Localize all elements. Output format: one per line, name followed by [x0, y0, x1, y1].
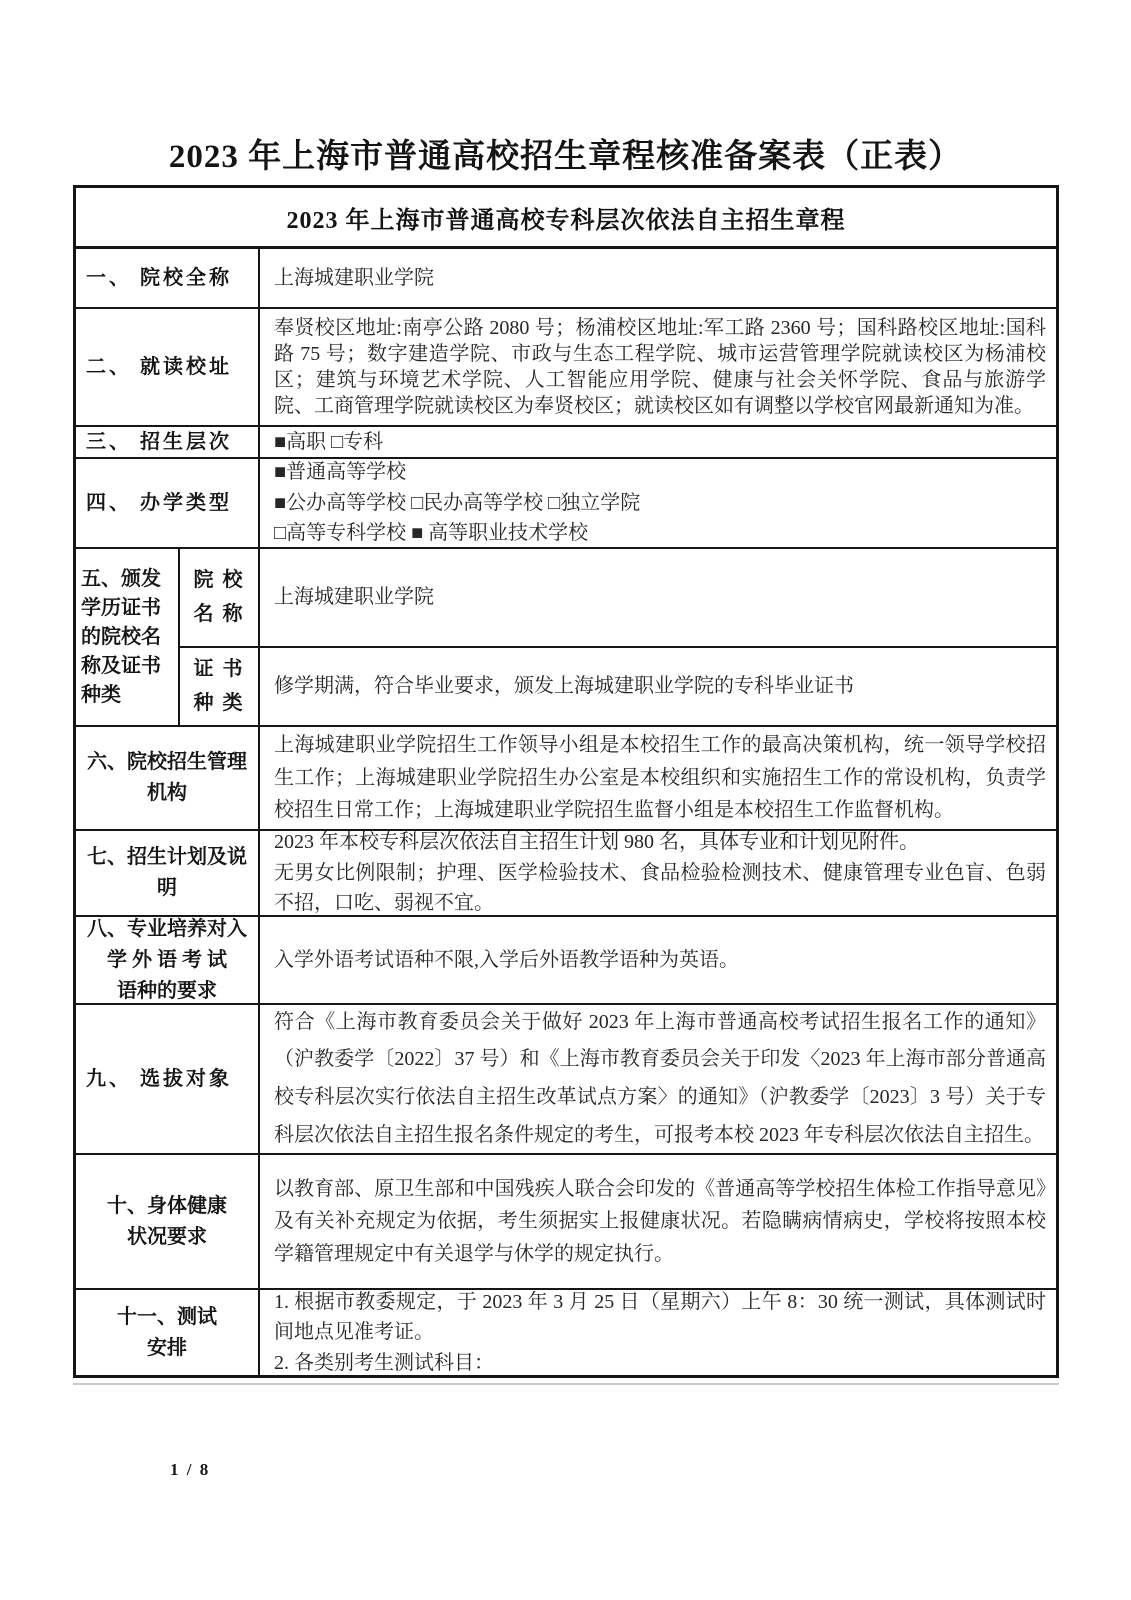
subrow-label: 院 校 名 称	[180, 549, 260, 646]
table-row-admission-level: 三、 招生层次 ■高职 □专科	[76, 427, 1056, 459]
row-content: 上海城建职业学院	[260, 249, 1056, 307]
row-content: 奉贤校区地址:南亭公路 2080 号；杨浦校区地址:军工路 2360 号；国科路…	[260, 309, 1056, 425]
table-row-foreign-language: 八、专业培养对入 学 外 语 考 试 语种的要求 入学外语考试语种不限,入学后外…	[76, 917, 1056, 1005]
row-content: 1. 根据市教委规定，于 2023 年 3 月 25 日（星期六）上午 8：30…	[260, 1290, 1056, 1375]
row-label: 十一、测试 安排	[76, 1290, 260, 1375]
subrow-institution-name: 院 校 名 称 上海城建职业学院	[180, 549, 1056, 648]
subrow-content: 修学期满，符合毕业要求，颁发上海城建职业学院的专科毕业证书	[260, 648, 1056, 725]
row-label: 十、身体健康 状况要求	[76, 1155, 260, 1288]
table-row-test-arrangement: 十一、测试 安排 1. 根据市教委规定，于 2023 年 3 月 25 日（星期…	[76, 1290, 1056, 1375]
table-row-certificate: 五、颁发 学历证书 的院校名 称及证书 种类 院 校 名 称 上海城建职业学院 …	[76, 549, 1056, 727]
row-content: 上海城建职业学院招生工作领导小组是本校招生工作的最高决策机构，统一领导学校招生工…	[260, 727, 1056, 829]
row-label: 六、院校招生管理 机构	[76, 727, 260, 829]
table-row-campus-address: 二、 就读校址 奉贤校区地址:南亭公路 2080 号；杨浦校区地址:军工路 23…	[76, 309, 1056, 427]
certificate-subrows: 院 校 名 称 上海城建职业学院 证 书 种 类 修学期满，符合毕业要求，颁发上…	[180, 549, 1056, 725]
row-label: 三、 招生层次	[76, 427, 260, 457]
row-label: 九、 选拔对象	[76, 1005, 260, 1153]
row-label: 一、 院校全称	[76, 249, 260, 307]
row-content: 2023 年本校专科层次依法自主招生计划 980 名，具体专业和计划见附件。 无…	[260, 831, 1056, 915]
next-page-table-hint-line	[73, 1383, 1059, 1385]
subrow-certificate-type: 证 书 种 类 修学期满，符合毕业要求，颁发上海城建职业学院的专科毕业证书	[180, 648, 1056, 725]
table-row-health-requirements: 十、身体健康 状况要求 以教育部、原卫生部和中国残疾人联合会印发的《普通高等学校…	[76, 1155, 1056, 1290]
row-label: 七、招生计划及说 明	[76, 831, 260, 915]
scanned-document-page: 2023 年上海市普通高校招生章程核准备案表（正表） 2023 年上海市普通高校…	[0, 0, 1131, 1600]
row-content: 入学外语考试语种不限,入学后外语教学语种为英语。	[260, 917, 1056, 1003]
subrow-content: 上海城建职业学院	[260, 549, 1056, 646]
subrow-label: 证 书 种 类	[180, 648, 260, 725]
table-header-row: 2023 年上海市普通高校专科层次依法自主招生章程	[76, 188, 1056, 249]
row-content: 符合《上海市教育委员会关于做好 2023 年上海市普通高校考试招生报名工作的通知…	[260, 1005, 1056, 1153]
row-content: 以教育部、原卫生部和中国残疾人联合会印发的《普通高等学校招生体检工作指导意见》及…	[260, 1155, 1056, 1288]
table-row-enrollment-plan: 七、招生计划及说 明 2023 年本校专科层次依法自主招生计划 980 名，具体…	[76, 831, 1056, 917]
row-content: ■普通高等学校 ■公办高等学校 □民办高等学校 □独立学院 □高等专科学校 ■ …	[260, 459, 1056, 547]
table-header-title: 2023 年上海市普通高校专科层次依法自主招生章程	[287, 200, 846, 235]
row-label: 五、颁发 学历证书 的院校名 称及证书 种类	[76, 549, 180, 725]
table-row-selection-targets: 九、 选拔对象 符合《上海市教育委员会关于做好 2023 年上海市普通高校考试招…	[76, 1005, 1056, 1155]
row-content: ■高职 □专科	[260, 427, 1056, 457]
document-title: 2023 年上海市普通高校招生章程核准备案表（正表）	[0, 130, 1131, 177]
row-label: 二、 就读校址	[76, 309, 260, 425]
page-number: 1 / 8	[170, 1460, 210, 1480]
row-label: 八、专业培养对入 学 外 语 考 试 语种的要求	[76, 917, 260, 1003]
row-label: 四、 办学类型	[76, 459, 260, 547]
admission-charter-table: 2023 年上海市普通高校专科层次依法自主招生章程 一、 院校全称 上海城建职业…	[73, 185, 1059, 1378]
table-row-school-full-name: 一、 院校全称 上海城建职业学院	[76, 249, 1056, 309]
table-row-school-type: 四、 办学类型 ■普通高等学校 ■公办高等学校 □民办高等学校 □独立学院 □高…	[76, 459, 1056, 549]
table-row-admission-management: 六、院校招生管理 机构 上海城建职业学院招生工作领导小组是本校招生工作的最高决策…	[76, 727, 1056, 831]
